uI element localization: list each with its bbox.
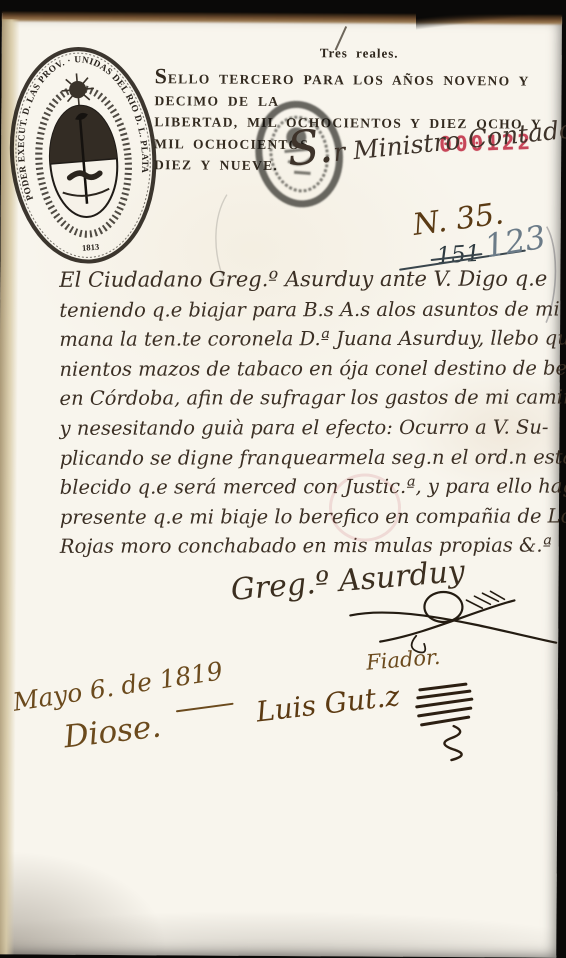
manuscript-line: teniendo q.e biajar para B.s A.s alos as… (59, 294, 559, 325)
manuscript-line: presente q.e mi biaje lo berefico en com… (60, 501, 560, 532)
photo-corner-shadow (416, 0, 566, 30)
manuscript-line: Rojas moro conchabado en mis mulas propi… (60, 531, 560, 562)
granted-note: Diose. (62, 708, 163, 755)
manuscript-line: plicando se digne franquearmela seg.n el… (60, 442, 560, 473)
fiador-label: Fiador. (365, 645, 441, 675)
manuscript-line: mana la ten.te coronela D.ª Juana Asurdu… (59, 324, 559, 355)
seal-provincias-unidas-icon: PODER EXECUT. D. LAS PROV. · UNIDAS DEL … (0, 34, 168, 278)
manuscript-line: nientos mazos de tabaco en ója conel des… (59, 353, 559, 384)
seal-year: 1813 (82, 241, 101, 252)
denomination-label: Tres reales. (320, 45, 399, 61)
printed-header-line: SELLO TERCERO PARA LOS AÑOS NOVENO Y DEC… (154, 65, 564, 114)
manuscript-line: y nesesitando guià para el efecto: Ocurr… (60, 412, 560, 443)
fiador-signature: Luis Gut.z (254, 679, 401, 728)
photo-backdrop: Tres reales. SELLO TERCERO PARA LOS AÑOS… (0, 0, 566, 958)
margin-brace-mark (542, 225, 563, 325)
manuscript-line: El Ciudadano Greg.º Asurduy ante V. Digo… (59, 265, 559, 296)
document-page: Tres reales. SELLO TERCERO PARA LOS AÑOS… (0, 13, 562, 957)
seal-shield (46, 103, 122, 220)
crease-mark (204, 193, 235, 283)
signature-rubric-icon (346, 589, 561, 658)
manuscript-line: blecido q.e será merced con Justic.ª, y … (60, 472, 560, 503)
manuscript-body: El Ciudadano Greg.º Asurduy ante V. Digo… (59, 265, 560, 562)
seal-svg: PODER EXECUT. D. LAS PROV. · UNIDAS DEL … (0, 34, 168, 278)
pen-dash (176, 703, 234, 713)
fiador-rubric-icon (413, 682, 475, 762)
manuscript-line: en Córdoba, afin de sufragar los gastos … (59, 383, 559, 414)
faded-stamp-ring (329, 473, 401, 541)
